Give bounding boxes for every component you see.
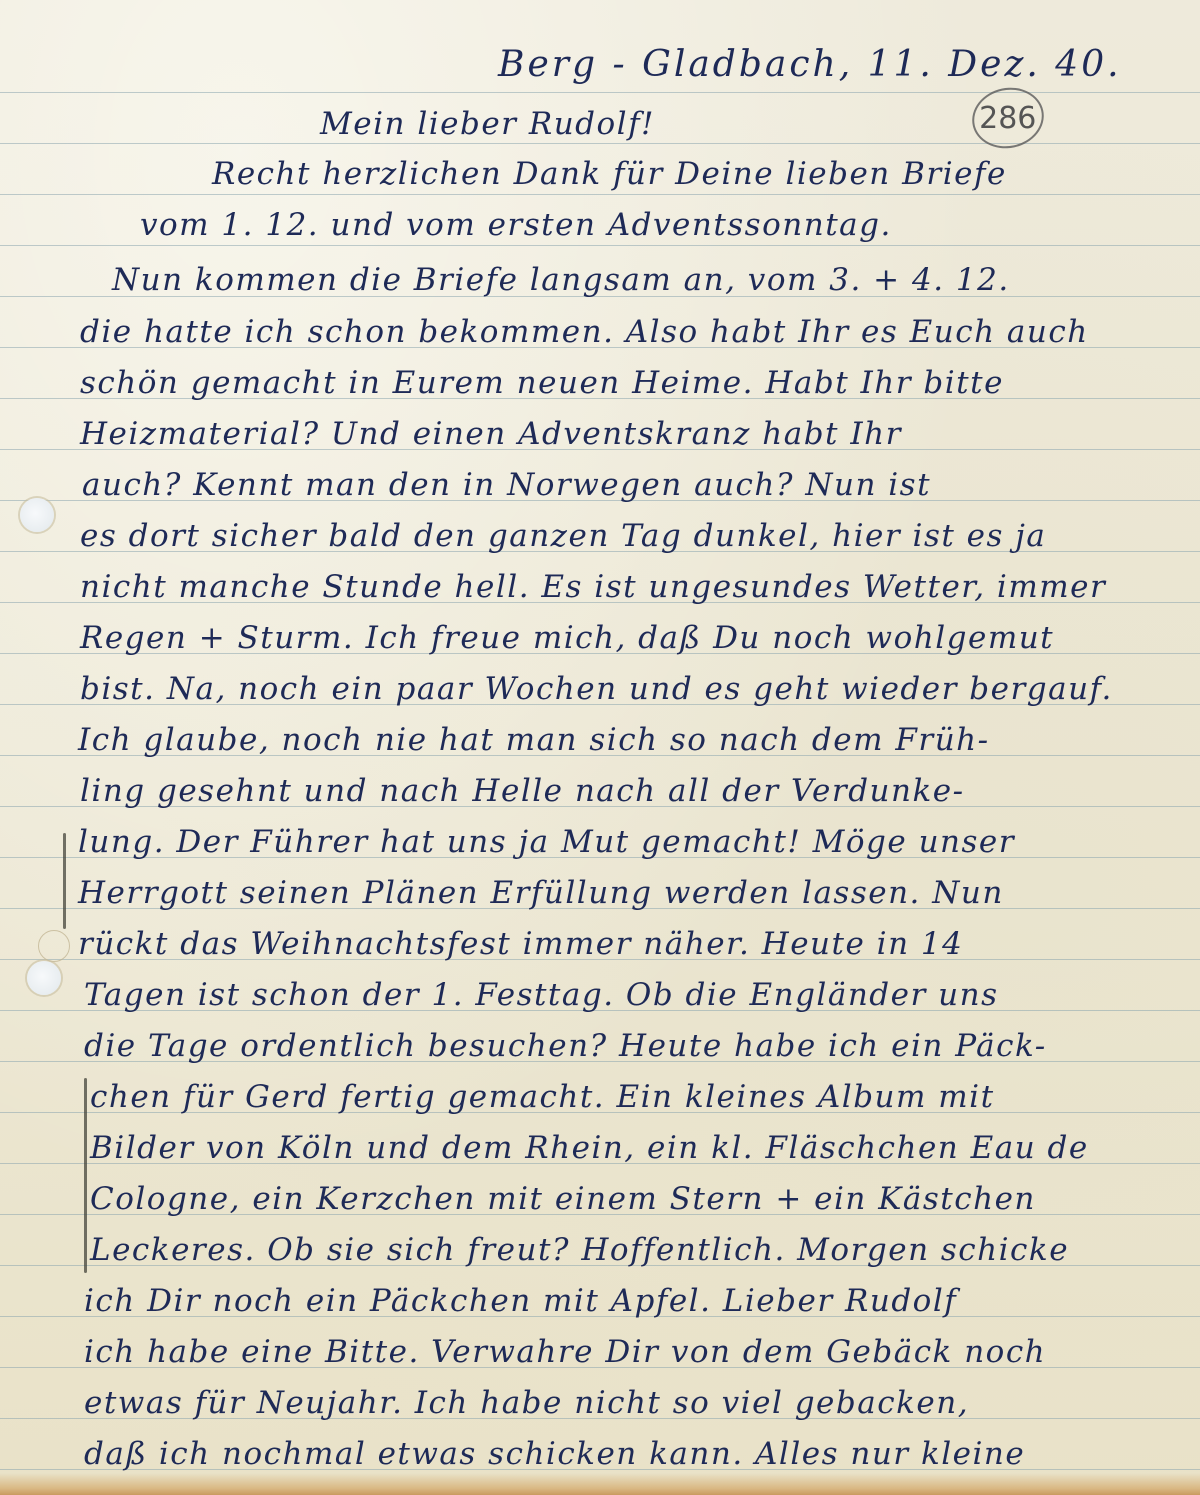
letter-line: lung. Der Führer hat uns ja Mut gemacht!… [78,824,1015,860]
letter-line: Nun kommen die Briefe langsam an, vom 3.… [112,262,1010,298]
letter-line: etwas für Neujahr. Ich habe nicht so vie… [84,1385,969,1421]
letter-place-date: Berg - Gladbach, 11. Dez. 40. [498,44,1122,85]
age-stain [0,1473,1200,1495]
letter-line: Cologne, ein Kerzchen mit einem Stern + … [90,1181,1036,1217]
letter-line: auch? Kennt man den in Norwegen auch? Nu… [82,467,931,503]
letter-line: die hatte ich schon bekommen. Also habt … [80,314,1089,350]
letter-line: ich habe eine Bitte. Verwahre Dir von de… [84,1334,1046,1370]
letter-line: Heizmaterial? Und einen Adventskranz hab… [80,416,902,452]
letter-line: Bilder von Köln und dem Rhein, ein kl. F… [90,1130,1089,1166]
letter-line: Tagen ist schon der 1. Festtag. Ob die E… [84,977,999,1013]
ruled-line [0,194,1200,195]
archive-number: 286 [979,101,1036,136]
letter-line: Herrgott seinen Plänen Erfüllung werden … [78,875,1004,911]
punch-hole [27,961,61,995]
pencil-margin-mark [84,1078,87,1273]
punch-hole [20,498,54,532]
letter-line: bist. Na, noch ein paar Wochen und es ge… [80,671,1113,707]
letter-line: es dort sicher bald den ganzen Tag dunke… [80,518,1046,554]
letter-line: ling gesehnt und nach Helle nach all der… [80,773,965,809]
letter-line: Leckeres. Ob sie sich freut? Hoffentlich… [90,1232,1069,1268]
letter-line: Regen + Sturm. Ich freue mich, daß Du no… [80,620,1054,656]
pencil-margin-mark [63,833,66,929]
letter-line: rückt das Weihnachtsfest immer näher. He… [78,926,963,962]
letter-line: die Tage ordentlich besuchen? Heute habe… [84,1028,1047,1064]
letter-line: Recht herzlichen Dank für Deine lieben B… [212,156,1007,192]
letter-line: schön gemacht in Eurem neuen Heime. Habt… [80,365,1004,401]
letter-line: vom 1. 12. und vom ersten Adventssonntag… [140,207,892,243]
letter-salutation: Mein lieber Rudolf! [320,106,655,142]
letter-line: nicht manche Stunde hell. Es ist ungesun… [80,569,1106,605]
punch-hole-imprint [38,930,70,962]
letter-line: chen für Gerd fertig gemacht. Ein kleine… [90,1079,995,1115]
letter-line: daß ich nochmal etwas schicken kann. All… [84,1436,1025,1472]
ruled-line [0,245,1200,246]
letter-line: Ich glaube, noch nie hat man sich so nac… [78,722,990,758]
letter-line: ich Dir noch ein Päckchen mit Apfel. Lie… [84,1283,957,1319]
